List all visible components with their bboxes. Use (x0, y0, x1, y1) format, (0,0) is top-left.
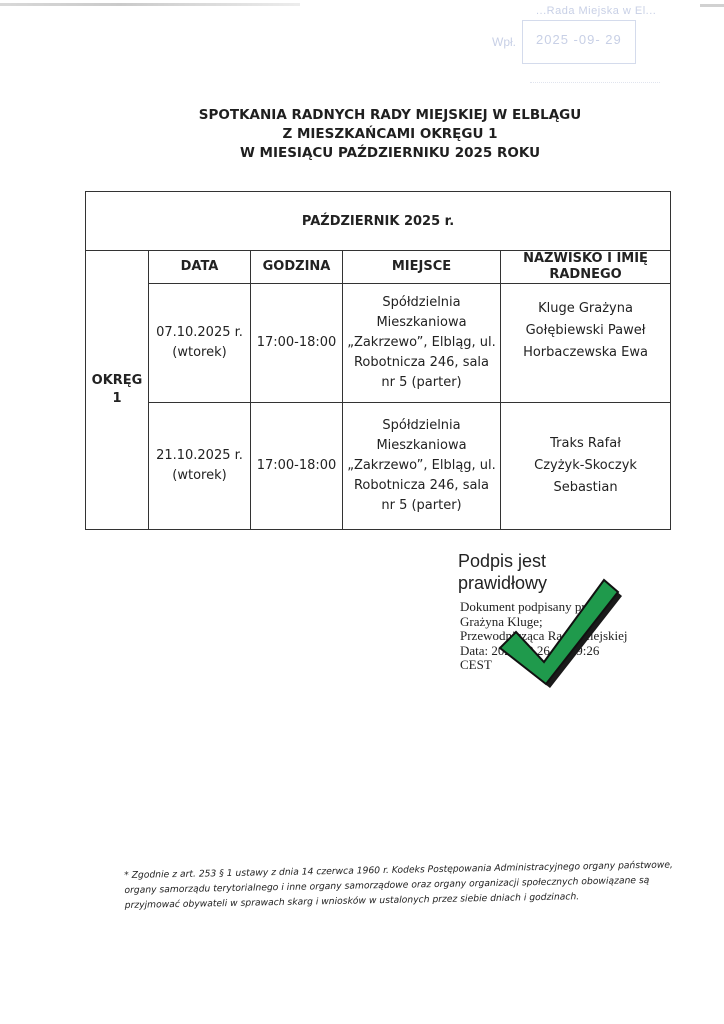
place-line: nr 5 (parter) (347, 373, 496, 393)
councillors-cell: Kluge Grażyna Gołębiewski Paweł Horbacze… (501, 284, 671, 403)
place-line: Spółdzielnia (347, 293, 496, 313)
date-cell: 07.10.2025 r. (wtorek) (149, 284, 251, 403)
councillor-name: Kluge Grażyna (505, 298, 666, 320)
weekday-value: (wtorek) (153, 343, 246, 363)
stamp-received-label: Wpł. (492, 35, 516, 49)
place-line: Mieszkaniowa (347, 436, 496, 456)
column-header-time: GODZINA (251, 251, 343, 284)
time-cell: 17:00-18:00 (251, 403, 343, 530)
district-cell: OKRĘG 1 (86, 251, 149, 530)
scan-edge-shadow (0, 3, 300, 6)
councillor-name: Czyżyk-Skoczyk Sebastian (505, 455, 666, 499)
column-header-date: DATA (149, 251, 251, 284)
stamp-received-date: 2025 -09- 29 (536, 32, 622, 47)
column-header-place: MIEJSCE (343, 251, 501, 284)
place-line: „Zakrzewo”, Elbląg, ul. (347, 456, 496, 476)
place-line: Spółdzielnia (347, 416, 496, 436)
scan-edge-shadow-right (700, 4, 724, 7)
place-line: Robotnicza 246, sala (347, 353, 496, 373)
digital-signature-block: Podpis jest prawidłowy Dokument podpisan… (456, 548, 676, 698)
legal-footnote: * Zgodnie z art. 253 § 1 ustawy z dnia 1… (124, 857, 685, 913)
green-checkmark-icon (492, 570, 622, 688)
district-number: 1 (90, 390, 144, 408)
title-line-2: Z MIESZKAŃCAMI OKRĘGU 1 (150, 125, 630, 144)
date-value: 21.10.2025 r. (153, 446, 246, 466)
month-header: PAŹDZIERNIK 2025 r. (86, 192, 671, 251)
table-row: 21.10.2025 r. (wtorek) 17:00-18:00 Spółd… (86, 403, 671, 530)
weekday-value: (wtorek) (153, 466, 246, 486)
stamp-dotted-line (530, 82, 660, 83)
column-header-councillor: NAZWISKO I IMIĘ RADNEGO (501, 251, 671, 284)
meetings-table: PAŹDZIERNIK 2025 r. OKRĘG 1 DATA GODZINA… (85, 191, 671, 530)
place-cell: Spółdzielnia Mieszkaniowa „Zakrzewo”, El… (343, 284, 501, 403)
place-line: Robotnicza 246, sala (347, 476, 496, 496)
councillor-name: Traks Rafał (505, 433, 666, 455)
registry-stamp: ...Rada Miejska w El... Wpł. 2025 -09- 2… (486, 2, 686, 62)
time-cell: 17:00-18:00 (251, 284, 343, 403)
place-line: nr 5 (parter) (347, 496, 496, 516)
column-header-councillor-line2: RADNEGO (505, 267, 666, 283)
signature-status-line1: Podpis jest (458, 550, 547, 572)
councillors-cell: Traks Rafał Czyżyk-Skoczyk Sebastian (501, 403, 671, 530)
stamp-office-line: ...Rada Miejska w El... (536, 5, 656, 17)
document-title: SPOTKANIA RADNYCH RADY MIEJSKIEJ W ELBLĄ… (150, 106, 630, 163)
place-line: „Zakrzewo”, Elbląg, ul. (347, 333, 496, 353)
district-label: OKRĘG (90, 372, 144, 390)
place-cell: Spółdzielnia Mieszkaniowa „Zakrzewo”, El… (343, 403, 501, 530)
date-value: 07.10.2025 r. (153, 323, 246, 343)
place-line: Mieszkaniowa (347, 313, 496, 333)
column-header-councillor-line1: NAZWISKO I IMIĘ (505, 251, 666, 267)
councillor-name: Gołębiewski Paweł (505, 320, 666, 342)
title-line-1: SPOTKANIA RADNYCH RADY MIEJSKIEJ W ELBLĄ… (150, 106, 630, 125)
table-row: 07.10.2025 r. (wtorek) 17:00-18:00 Spółd… (86, 284, 671, 403)
title-line-3: W MIESIĄCU PAŹDZIERNIKU 2025 ROKU (150, 144, 630, 163)
date-cell: 21.10.2025 r. (wtorek) (149, 403, 251, 530)
councillor-name: Horbaczewska Ewa (505, 342, 666, 364)
